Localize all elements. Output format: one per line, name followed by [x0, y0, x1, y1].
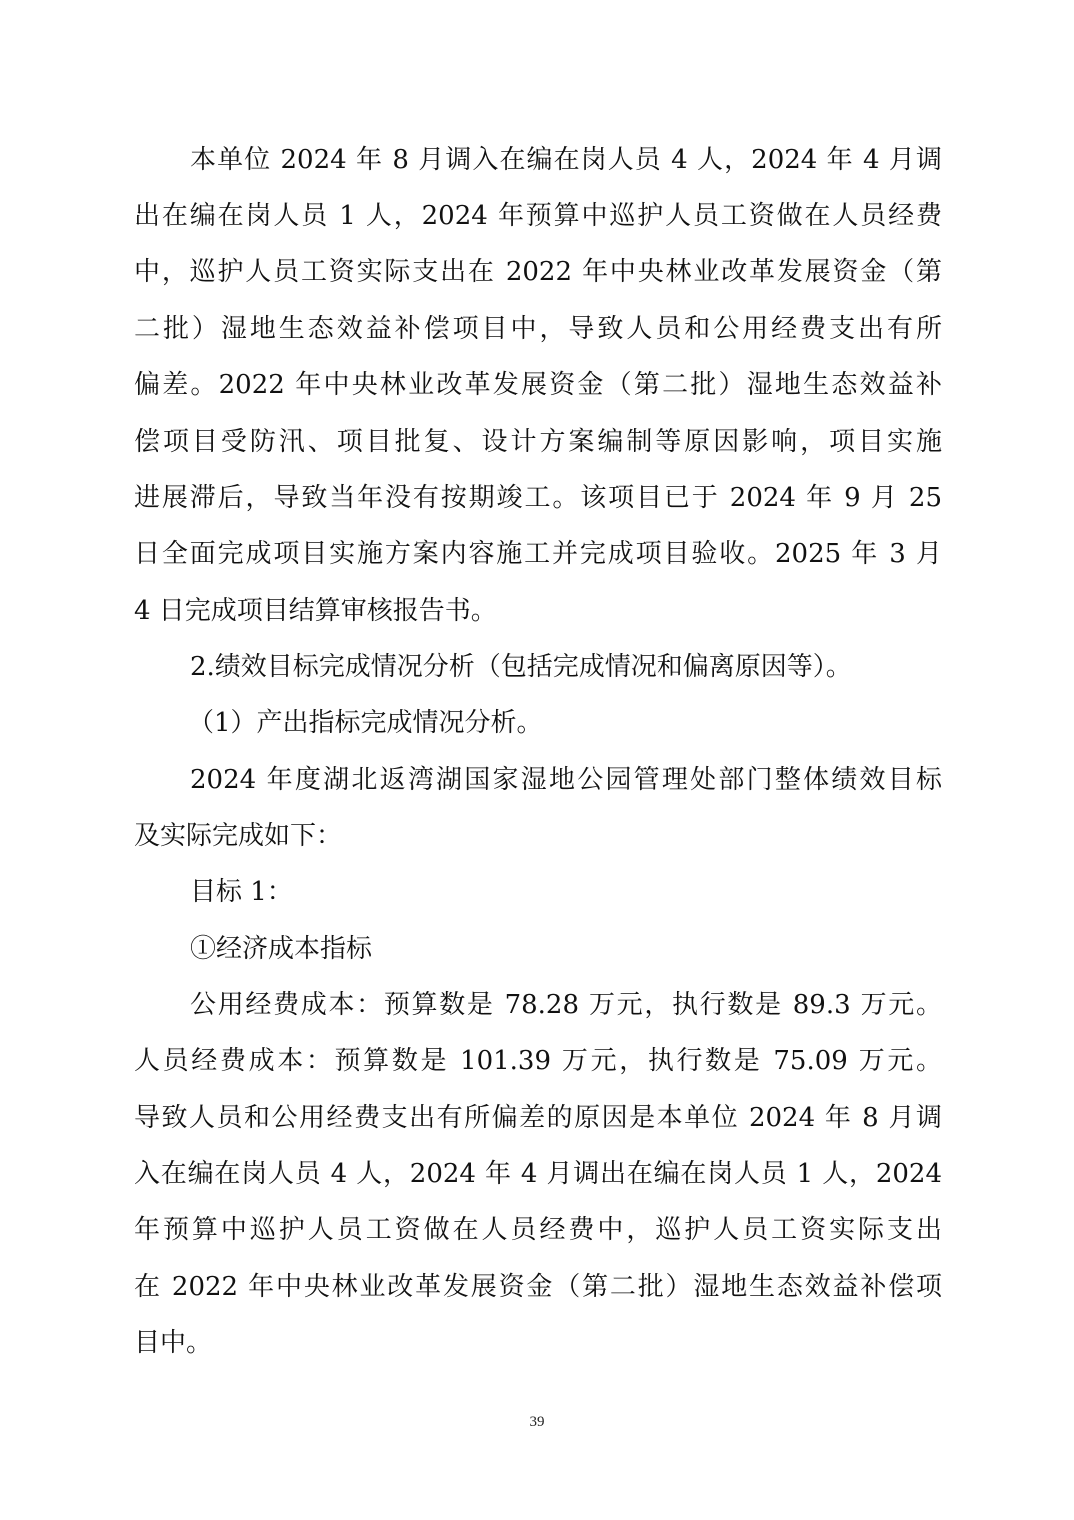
paragraph-3-line-5: 年预算中巡护人员工资做在人员经费中，巡护人员工资实际支出	[134, 1210, 942, 1250]
paragraph-1-line-5: 偏差。2022 年中央林业改革发展资金（第二批）湿地生态效益补	[134, 365, 942, 405]
subsection-heading: （1）产出指标完成情况分析。	[188, 703, 942, 743]
paragraph-3-line-1: 公用经费成本：预算数是 78.28 万元，执行数是 89.3 万元。	[190, 985, 942, 1025]
paragraph-2-line-2: 及实际完成如下：	[134, 816, 942, 856]
paragraph-3-line-6: 在 2022 年中央林业改革发展资金（第二批）湿地生态效益补偿项	[134, 1267, 942, 1307]
paragraph-1-line-2: 出在编在岗人员 1 人，2024 年预算中巡护人员工资做在人员经费	[134, 196, 942, 236]
goal-label: 目标 1：	[190, 872, 942, 912]
section-heading: 2.绩效目标完成情况分析（包括完成情况和偏离原因等）。	[190, 647, 942, 687]
paragraph-3-line-2: 人员经费成本：预算数是 101.39 万元，执行数是 75.09 万元。	[134, 1041, 942, 1081]
paragraph-1-line-7: 进展滞后，导致当年没有按期竣工。该项目已于 2024 年 9 月 25	[134, 478, 942, 518]
paragraph-1-line-1: 本单位 2024 年 8 月调入在编在岗人员 4 人，2024 年 4 月调	[190, 140, 942, 180]
paragraph-3-line-4: 入在编在岗人员 4 人，2024 年 4 月调出在编在岗人员 1 人，2024	[134, 1154, 942, 1194]
paragraph-2-line-1: 2024 年度湖北返湾湖国家湿地公园管理处部门整体绩效目标	[190, 760, 942, 800]
paragraph-1-line-8: 日全面完成项目实施方案内容施工并完成项目验收。2025 年 3 月	[134, 534, 942, 574]
paragraph-1-line-3: 中，巡护人员工资实际支出在 2022 年中央林业改革发展资金（第	[134, 252, 942, 292]
page-number: 39	[0, 1414, 1074, 1431]
paragraph-3-line-3: 导致人员和公用经费支出有所偏差的原因是本单位 2024 年 8 月调	[134, 1098, 942, 1138]
indicator-label: ①经济成本指标	[190, 929, 942, 969]
paragraph-3-line-7: 目中。	[134, 1323, 942, 1363]
document-page: 本单位 2024 年 8 月调入在编在岗人员 4 人，2024 年 4 月调 出…	[0, 0, 1074, 1520]
paragraph-1-line-4: 二批）湿地生态效益补偿项目中，导致人员和公用经费支出有所	[134, 309, 942, 349]
paragraph-1-line-6: 偿项目受防汛、项目批复、设计方案编制等原因影响，项目实施	[134, 422, 942, 462]
paragraph-1-line-9: 4 日完成项目结算审核报告书。	[134, 591, 942, 631]
